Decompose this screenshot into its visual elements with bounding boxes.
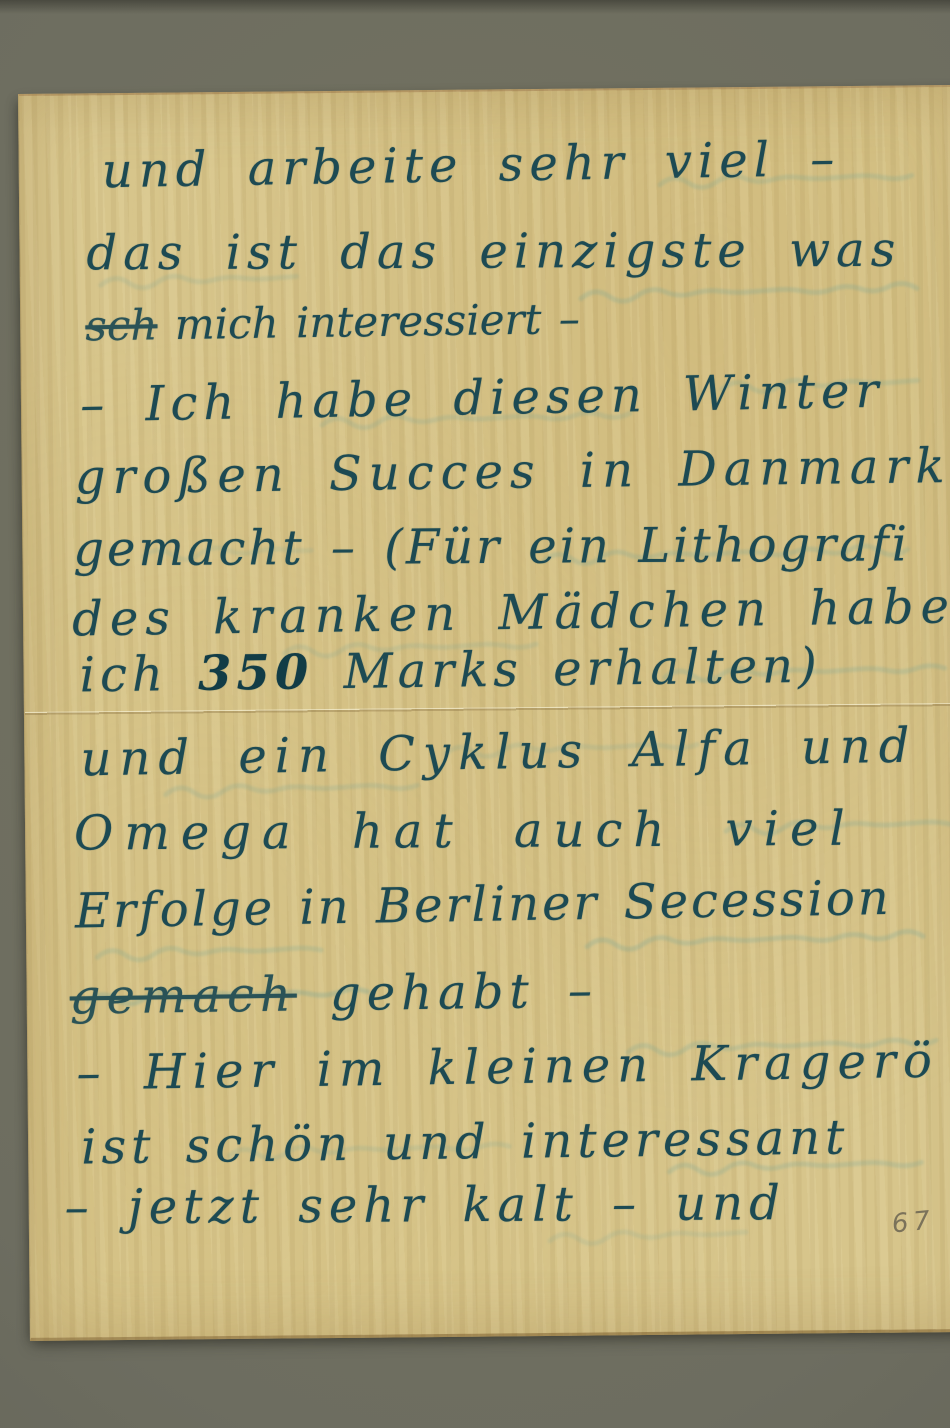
letter-page: und arbeite sehr viel –das ist das einzi…: [18, 85, 950, 1341]
letter-text: – Ich habe diesen Winter: [80, 363, 885, 434]
photo-stage: und arbeite sehr viel –das ist das einzi…: [0, 0, 950, 1428]
letter-text: 350: [198, 644, 314, 702]
struck-word: gemach: [69, 967, 297, 1026]
letter-text: gehabt –: [296, 963, 598, 1023]
letter-line: großen Succes in Danmark: [74, 442, 950, 501]
letter-line: – Hier im kleinen Kragerö: [76, 1037, 939, 1098]
letter-line: gemach gehabt –: [69, 967, 598, 1022]
letter-line: Erfolge in Berliner Secession: [75, 874, 892, 936]
letter-line: ist schön und interessant: [81, 1113, 850, 1171]
letter-line: und ein Cyklus Alfa und: [80, 722, 918, 784]
letter-lines: und arbeite sehr viel –das ist das einzi…: [19, 87, 950, 96]
letter-text: – jetzt sehr kalt – und: [64, 1175, 786, 1235]
letter-text: das ist das einzigste was: [86, 222, 901, 282]
letter-line: sch mich interessiert –: [85, 298, 580, 347]
letter-line: und arbeite sehr viel –: [102, 135, 841, 195]
letter-line: – Ich habe diesen Winter: [80, 367, 885, 430]
page-number-pencil: 67: [891, 1205, 937, 1239]
letter-text: mich interessiert –: [157, 294, 580, 349]
letter-text: und ein Cyklus Alfa und: [80, 718, 918, 788]
letter-text: ist schön und interessant: [81, 1109, 850, 1175]
letter-text: und arbeite sehr viel –: [101, 131, 840, 199]
letter-text: Marks erhalten): [313, 638, 822, 701]
letter-line: gemacht – (Für ein Lithografi: [73, 520, 910, 573]
struck-word: sch: [85, 300, 158, 350]
letter-line: Omega hat auch viel: [74, 805, 856, 858]
letter-text: gemacht – (Für ein Lithografi: [73, 516, 910, 577]
letter-text: – Hier im kleinen Kragerö: [76, 1033, 939, 1102]
letter-text: Erfolge in Berliner Secession: [75, 870, 893, 940]
letter-line: das ist das einzigste was: [86, 226, 901, 278]
letter-line: des kranken Mädchen habe: [72, 582, 950, 643]
letter-text: Omega hat auch viel: [74, 801, 856, 862]
letter-text: ich: [79, 646, 198, 704]
letter-line: ich 350 Marks erhalten): [79, 642, 822, 700]
letter-text: großen Succes in Danmark: [74, 438, 950, 505]
fold-crease: [25, 703, 950, 716]
letter-line: – jetzt sehr kalt – und: [64, 1179, 786, 1231]
